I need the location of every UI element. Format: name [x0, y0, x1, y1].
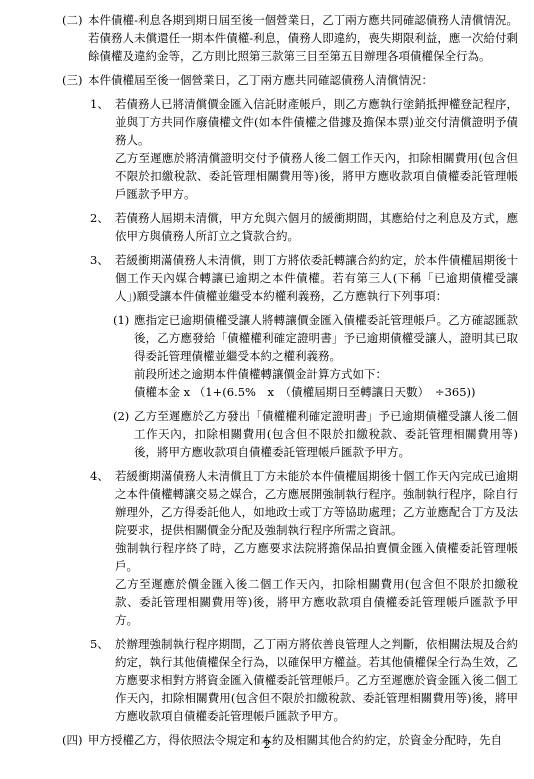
paragraph: (三)本件債權屆至後一個營業日，乙丁兩方應共同確認債務人清償情況：: [62, 71, 518, 89]
paragraph-text: 若緩衝期滿債務人未清償，則丁方將依委託轉讓合約約定，於本件債權屆期後十個工作天內…: [115, 251, 518, 305]
paragraph: (1)應指定已逾期債權受讓人將轉讓價金匯入債權委託管理帳戶。乙方確認匯款後，乙方…: [113, 311, 518, 401]
paragraph-text: 若債務人屆期未清償，甲方允與六個月的緩衝期間，其應給付之利息及方式，應依甲方與債…: [115, 209, 518, 245]
paragraph-label: 3、: [90, 251, 109, 269]
paragraph-text: 於辦理強制執行程序期間，乙丁兩方將依善良管理人之判斷，依相關法規及合約約定，執行…: [115, 635, 518, 725]
paragraph-text: 前段所述之逾期本件債權轉讓價金計算方式如下：: [134, 365, 518, 383]
paragraph-text: 強制執行程序終了時，乙方應要求法院將擔保品拍賣價金匯入債權委託管理帳戶。: [115, 539, 518, 575]
document-page: (二)本件債權-利息各期到期日屆至後一個營業日，乙丁兩方應共同確認債務人清償情況…: [0, 0, 534, 779]
paragraph-text: 乙方至遲應於價金匯入後二個工作天內，扣除相關費用(包含但不限於扣繳稅款、委託管理…: [115, 575, 518, 629]
paragraph-label: (三): [62, 71, 82, 89]
document-body: (二)本件債權-利息各期到期日屆至後一個營業日，乙丁兩方應共同確認債務人清償情況…: [62, 11, 518, 749]
paragraph-text: 應指定已逾期債權受讓人將轉讓價金匯入債權委託管理帳戶。乙方確認匯款後，乙方應發給…: [134, 311, 518, 365]
paragraph-text: 若緩衝期滿債務人未清償且丁方未能於本件債權屆期後十個工作天內完成已逾期之本件債權…: [115, 467, 518, 539]
paragraph: (2)乙方至遲應於乙方發出「債權權利確定證明書」予已逾期債權受讓人後二個工作天內…: [113, 407, 518, 461]
page-number: 2: [0, 736, 534, 754]
paragraph-text: 乙方至遲應於乙方發出「債權權利確定證明書」予已逾期債權受讓人後二個工作天內，扣除…: [134, 407, 518, 461]
paragraph-label: (2): [113, 407, 129, 425]
paragraph-label: 4、: [90, 467, 109, 485]
paragraph-text: 債權本金 x （1+(6.5% x （債權屆期日至轉讓日天數） ÷365)): [134, 383, 518, 401]
paragraph-text: 若債務人已將清償價金匯入信託財產帳戶，則乙方應執行塗銷抵押權登記程序，並與丁方共…: [115, 95, 518, 149]
paragraph: 5、於辦理強制執行程序期間，乙丁兩方將依善良管理人之判斷，依相關法規及合約約定，…: [90, 635, 518, 725]
paragraph: 2、若債務人屆期未清償，甲方允與六個月的緩衝期間，其應給付之利息及方式，應依甲方…: [90, 209, 518, 245]
paragraph-label: 5、: [90, 635, 109, 653]
paragraph-label: 2、: [90, 209, 109, 227]
paragraph-label: (二): [62, 11, 82, 29]
paragraph: (二)本件債權-利息各期到期日屆至後一個營業日，乙丁兩方應共同確認債務人清償情況…: [62, 11, 518, 65]
paragraph: 1、若債務人已將清償價金匯入信託財產帳戶，則乙方應執行塗銷抵押權登記程序，並與丁…: [90, 95, 518, 203]
paragraph: 3、若緩衝期滿債務人未清償，則丁方將依委託轉讓合約約定，於本件債權屆期後十個工作…: [90, 251, 518, 305]
paragraph-text: 本件債權屆至後一個營業日，乙丁兩方應共同確認債務人清償情況：: [88, 71, 518, 89]
paragraph-label: (1): [113, 311, 129, 329]
paragraph-text: 本件債權-利息各期到期日屆至後一個營業日，乙丁兩方應共同確認債務人清償情況。若債…: [88, 11, 518, 65]
paragraph: 4、若緩衝期滿債務人未清償且丁方未能於本件債權屆期後十個工作天內完成已逾期之本件…: [90, 467, 518, 629]
paragraph-label: 1、: [90, 95, 109, 113]
paragraph-text: 乙方至遲應於將清償證明交付予債務人後二個工作天內，扣除相關費用(包含但不限於扣繳…: [115, 149, 518, 203]
